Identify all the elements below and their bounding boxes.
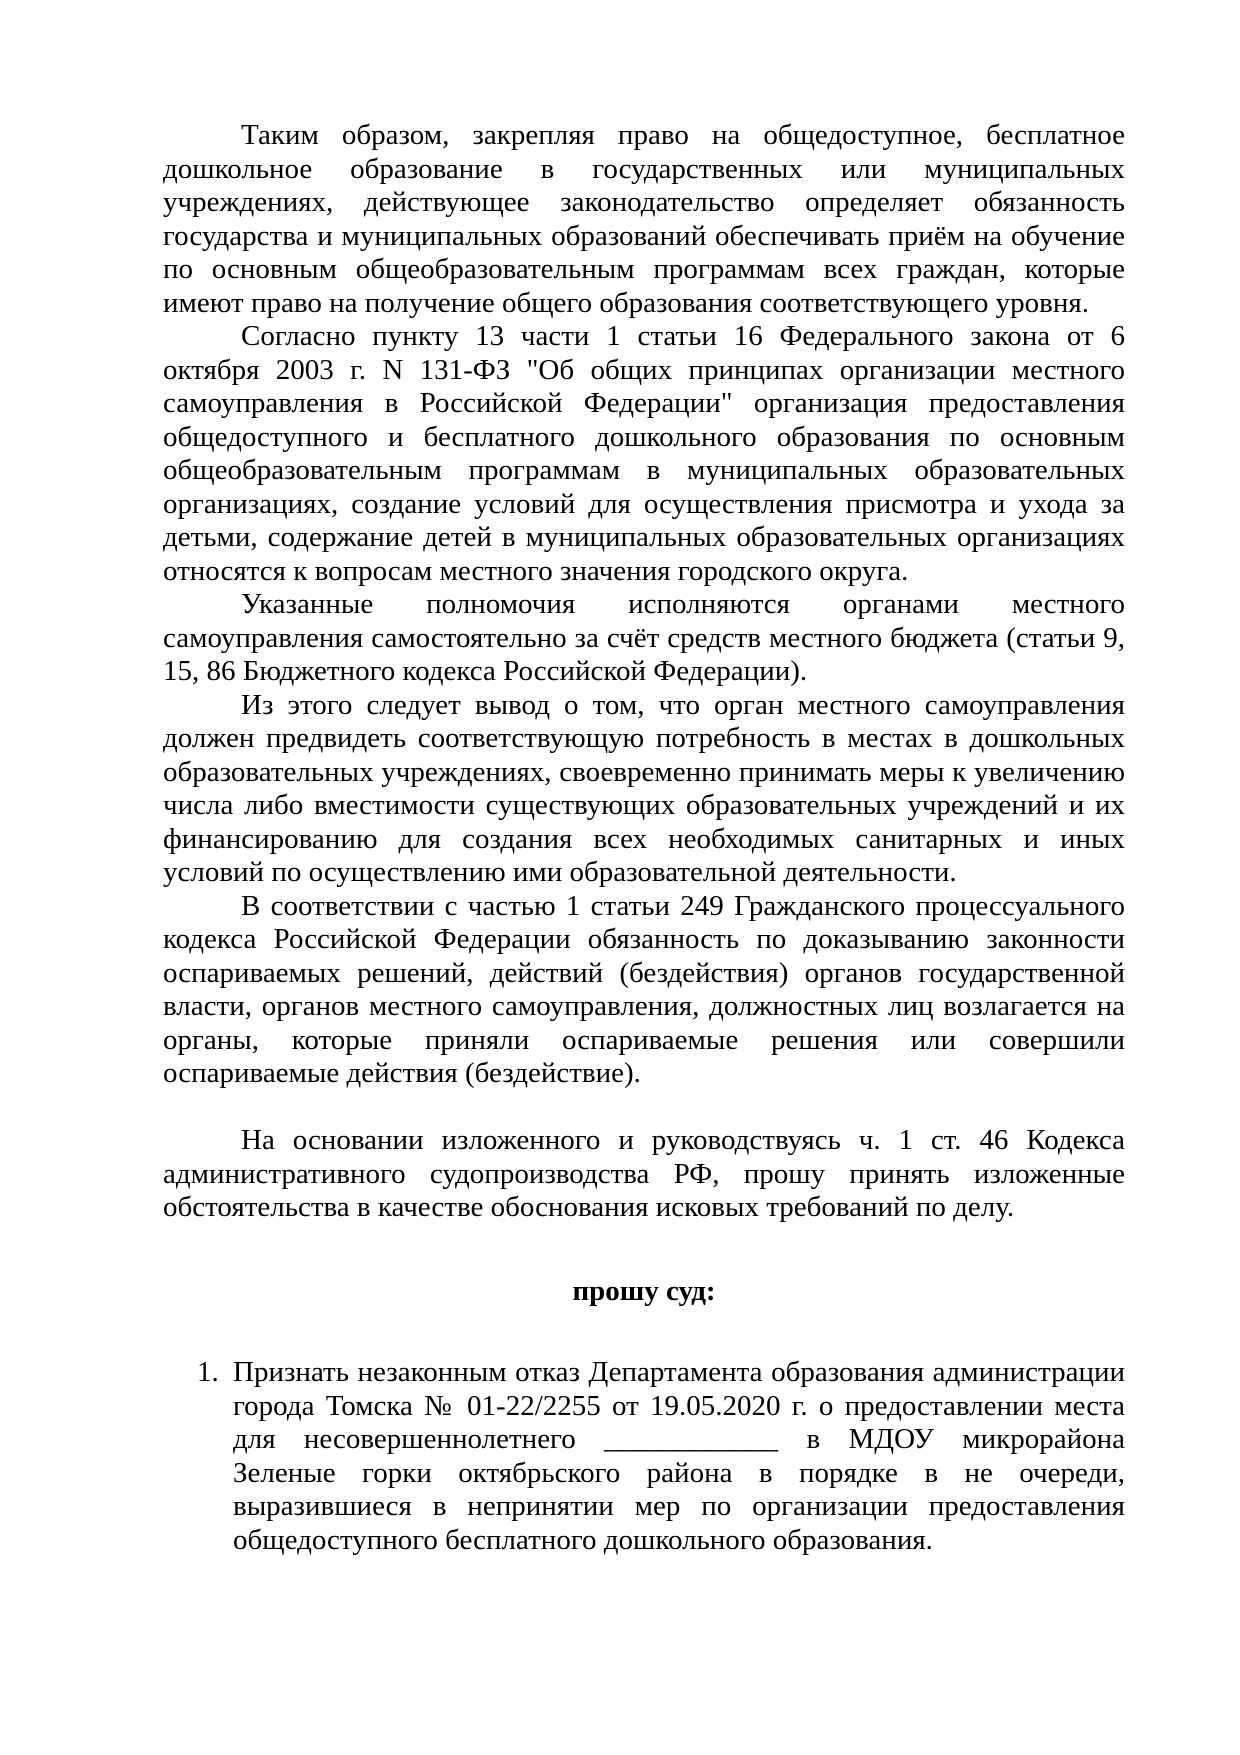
closing-paragraph: На основании изложенного и руководствуяс… <box>163 1124 1125 1225</box>
requests-list: 1. Признать незаконным отказ Департамент… <box>163 1356 1125 1557</box>
paragraph-general-provision: Таким образом, закрепляя право на общедо… <box>163 119 1125 320</box>
request-item-number: 1. <box>197 1356 219 1390</box>
petition-heading: прошу суд: <box>163 1275 1125 1309</box>
paragraph-gpk-article-249: В соответствии с частью 1 статьи 249 Гра… <box>163 890 1125 1091</box>
paragraph-conclusion: Из этого следует вывод о том, что орган … <box>163 689 1125 890</box>
request-item: 1. Признать незаконным отказ Департамент… <box>163 1356 1125 1557</box>
paragraph-budget-code: Указанные полномочия исполняются органам… <box>163 588 1125 689</box>
paragraph-federal-law-131: Согласно пункту 13 части 1 статьи 16 Фед… <box>163 320 1125 588</box>
blank-underscore-line: ____________ <box>604 1423 778 1455</box>
document-page: Таким образом, закрепляя право на общедо… <box>0 0 1240 1755</box>
document-content: Таким образом, закрепляя право на общедо… <box>163 119 1125 1557</box>
